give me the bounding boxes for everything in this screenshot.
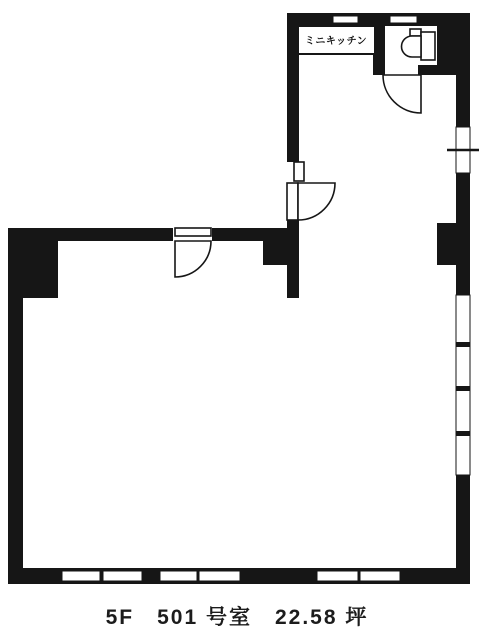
door-swing-arc-icon — [298, 183, 335, 220]
window-divider — [456, 342, 470, 347]
toilet-tank — [421, 32, 435, 60]
window — [103, 571, 142, 581]
kitchen-label: ミニキッチン — [305, 35, 367, 47]
door-swing-arc-icon — [383, 75, 421, 113]
door-leaf — [287, 183, 298, 220]
window — [160, 571, 197, 581]
wall-junction-pillar — [263, 228, 287, 265]
window — [390, 16, 417, 23]
room-door — [175, 228, 211, 277]
window — [456, 295, 470, 475]
window-divider — [456, 386, 470, 391]
door-frame — [294, 162, 304, 181]
wall-right-mid2 — [456, 265, 470, 295]
floor-plan-page: ミニキッチン 5F 501 号室 22.58 坪 — [0, 0, 480, 640]
wall-lower-top-left — [8, 228, 173, 241]
door-frame — [175, 228, 211, 236]
wall-right-pillar — [437, 223, 470, 265]
entrance-door — [287, 162, 335, 220]
toilet-door — [383, 75, 421, 113]
wall-right-lower — [456, 475, 470, 584]
door-swing-arc-icon — [175, 241, 211, 277]
wall-right-mid — [456, 173, 470, 223]
caption-label: 5F 501 号室 22.58 坪 — [106, 605, 369, 629]
floor-plan-drawing: ミニキッチン 5F 501 号室 22.58 坪 — [0, 0, 480, 640]
window — [333, 16, 358, 23]
window-divider — [456, 431, 470, 436]
wall-right-upper — [456, 26, 470, 127]
wall-middle-lower — [287, 220, 299, 298]
window — [62, 571, 100, 581]
wall-toilet-bottom — [418, 65, 437, 75]
window — [199, 571, 240, 581]
window — [360, 571, 400, 581]
toilet-icon — [402, 29, 436, 60]
window — [317, 571, 358, 581]
toilet-bowl — [402, 36, 422, 57]
toilet-flush-box — [410, 29, 421, 36]
